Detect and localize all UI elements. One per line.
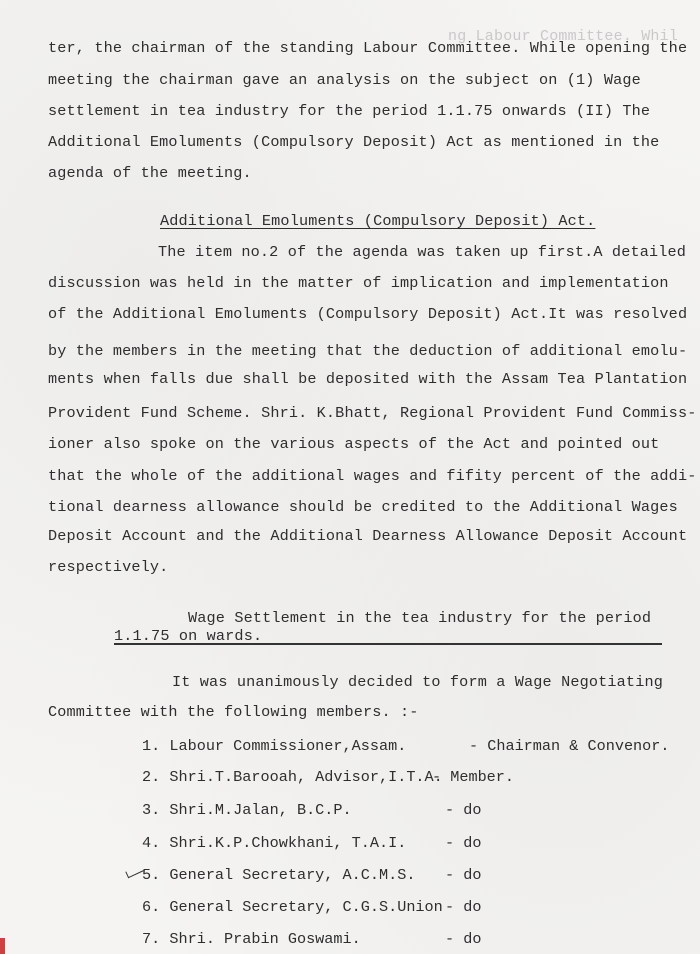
member-item: 6. General Secretary, C.G.S.Union - do bbox=[142, 898, 443, 916]
paragraph-line: Provident Fund Scheme. Shri. K.Bhatt, Re… bbox=[48, 403, 696, 423]
paragraph-line: Committee with the following members. :- bbox=[48, 702, 419, 722]
paragraph-line: Deposit Account and the Additional Dearn… bbox=[48, 526, 687, 546]
paragraph-line: tional dearness allowance should be cred… bbox=[48, 497, 678, 517]
member-role: - do bbox=[445, 930, 481, 948]
member-name: Shri.K.P.Chowkhani, T.A.I. bbox=[169, 834, 406, 852]
paragraph-line: ments when falls due shall be deposited … bbox=[48, 369, 687, 389]
document-page: ng Labour Committee. Whil ter, the chair… bbox=[0, 0, 700, 954]
section-heading-wage-settlement: Wage Settlement in the tea industry for … bbox=[188, 608, 651, 628]
member-number: 3. bbox=[142, 801, 160, 819]
member-name: Shri.T.Barooah, Advisor,I.T.A. bbox=[169, 768, 442, 786]
paragraph-line: ioner also spoke on the various aspects … bbox=[48, 434, 659, 454]
member-number: 6. bbox=[142, 898, 160, 916]
member-name: General Secretary, C.G.S.Union bbox=[169, 898, 442, 916]
member-name: Shri. Prabin Goswami. bbox=[169, 930, 360, 948]
paragraph-line: respectively. bbox=[48, 557, 168, 577]
member-item: 4. Shri.K.P.Chowkhani, T.A.I. - do bbox=[142, 834, 406, 852]
member-item: 2. Shri.T.Barooah, Advisor,I.T.A. - Memb… bbox=[142, 768, 443, 786]
member-item: 1. Labour Commissioner,Assam. - Chairman… bbox=[142, 737, 406, 755]
paragraph-line: by the members in the meeting that the d… bbox=[48, 341, 687, 361]
paragraph-line: that the whole of the additional wages a… bbox=[48, 466, 696, 486]
handwritten-tick-mark bbox=[125, 865, 143, 879]
member-number: 2. bbox=[142, 768, 160, 786]
member-number: 1. bbox=[142, 737, 160, 755]
intro-line: settlement in tea industry for the perio… bbox=[48, 101, 650, 121]
member-number: 5. bbox=[142, 866, 160, 884]
member-number: 7. bbox=[142, 930, 160, 948]
member-role: - do bbox=[445, 834, 481, 852]
member-name: General Secretary, A.C.M.S. bbox=[169, 866, 415, 884]
member-role: - do bbox=[445, 898, 481, 916]
member-role: - do bbox=[445, 866, 481, 884]
intro-line: meeting the chairman gave an analysis on… bbox=[48, 70, 641, 90]
member-role: - Member. bbox=[432, 768, 514, 786]
intro-line: ter, the chairman of the standing Labour… bbox=[48, 38, 687, 58]
member-role: - Chairman & Convenor. bbox=[469, 737, 670, 755]
heading-underline bbox=[114, 643, 662, 645]
member-name: Shri.M.Jalan, B.C.P. bbox=[169, 801, 351, 819]
intro-line: agenda of the meeting. bbox=[48, 163, 252, 183]
section-heading-emoluments: Additional Emoluments (Compulsory Deposi… bbox=[160, 211, 595, 231]
paragraph-line: It was unanimously decided to form a Wag… bbox=[172, 672, 663, 692]
paragraph-line: The item no.2 of the agenda was taken up… bbox=[158, 242, 686, 262]
member-item: 7. Shri. Prabin Goswami. - do bbox=[142, 930, 361, 948]
member-role: - do bbox=[445, 801, 481, 819]
intro-line: Additional Emoluments (Compulsory Deposi… bbox=[48, 132, 659, 152]
member-name: Labour Commissioner,Assam. bbox=[169, 737, 406, 755]
scan-edge-mark bbox=[0, 938, 5, 954]
paragraph-line: discussion was held in the matter of imp… bbox=[48, 273, 669, 293]
member-number: 4. bbox=[142, 834, 160, 852]
paragraph-line: of the Additional Emoluments (Compulsory… bbox=[48, 304, 687, 324]
member-item: 5. General Secretary, A.C.M.S. - do bbox=[142, 866, 415, 884]
member-item: 3. Shri.M.Jalan, B.C.P. - do bbox=[142, 801, 352, 819]
